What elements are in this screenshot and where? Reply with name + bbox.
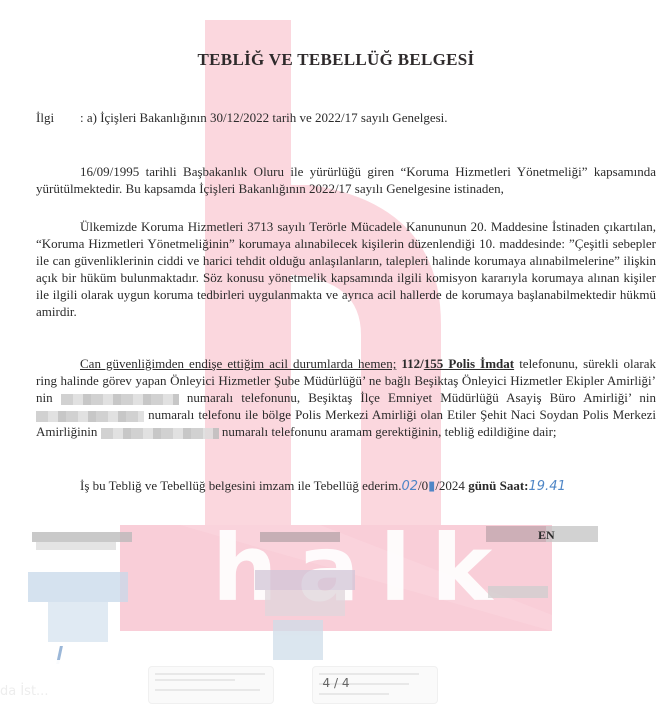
paragraph-1: 16/09/1995 tarihli Başbakanlık Oluru ile… bbox=[36, 163, 656, 197]
redacted-phone-3 bbox=[101, 428, 219, 439]
reference-label: İlgi bbox=[36, 110, 80, 126]
redacted-phone-1 bbox=[61, 394, 179, 405]
paragraph-3: Can güvenliğimden endişe ettiğim acil du… bbox=[36, 355, 656, 440]
paragraph-1-text: 16/09/1995 tarihli Başbakanlık Oluru ile… bbox=[36, 164, 656, 196]
document-title: TEBLİĞ VE TEBELLÜĞ BELGESİ bbox=[0, 50, 672, 70]
acknowledgement-text: İş bu Tebliğ ve Tebellüğ belgesini imzam… bbox=[80, 478, 401, 493]
emergency-number-prefix: 112/ bbox=[401, 356, 423, 371]
date-year: /2024 bbox=[435, 478, 465, 493]
redacted-phone-2 bbox=[36, 411, 144, 422]
document-page: TEBLİĞ VE TEBELLÜĞ BELGESİ İlgi: a) İçiş… bbox=[0, 0, 672, 660]
paragraph-4: İş bu Tebliğ ve Tebellüğ belgesini imzam… bbox=[36, 477, 656, 495]
emergency-number: 155 Polis İmdat bbox=[424, 356, 514, 371]
paragraph-2: Ülkemizde Koruma Hizmetleri 3713 sayılı … bbox=[36, 218, 656, 320]
signature-name-suffix: EN bbox=[538, 528, 555, 543]
date-separator: /0 bbox=[418, 478, 428, 493]
paragraph-3-part4: numaralı telefonunu aramam gerektiğinin,… bbox=[222, 424, 557, 439]
signature-block-left bbox=[28, 528, 138, 648]
handwritten-time: 19.41 bbox=[529, 479, 566, 494]
emergency-lead: Can güvenliğimden endişe ettiğim acil du… bbox=[80, 356, 396, 371]
paragraph-2-text: Ülkemizde Koruma Hizmetleri 3713 sayılı … bbox=[36, 219, 656, 319]
page-indicator: 4 / 4 bbox=[0, 676, 672, 690]
time-label: günü Saat: bbox=[468, 478, 528, 493]
reference-text: : a) İçişleri Bakanlığının 30/12/2022 ta… bbox=[80, 110, 448, 125]
viewer-page-strip: da İst... 4 / 4 bbox=[0, 660, 672, 708]
handwritten-day: 02 bbox=[401, 479, 418, 494]
reference-line: İlgi: a) İçişleri Bakanlığının 30/12/202… bbox=[36, 110, 448, 126]
signature-block-center bbox=[255, 528, 365, 658]
paragraph-3-part2: numaralı telefonunu, Beşiktaş İlçe Emniy… bbox=[187, 390, 656, 405]
